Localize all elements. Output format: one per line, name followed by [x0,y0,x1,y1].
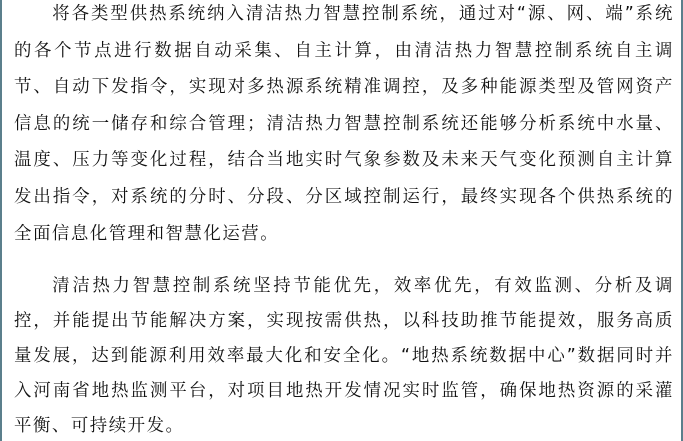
document-body: 将各类型供热系统纳入清洁热力智慧控制系统，通过对“源、网、端”系统的各个节点进行… [14,0,674,441]
paragraph-heating-control-overview: 将各类型供热系统纳入清洁热力智慧控制系统，通过对“源、网、端”系统的各个节点进行… [14,0,674,252]
paragraph-energy-efficiency: 清洁热力智慧控制系统坚持节能优先，效率优先，有效监测、分析及调控，并能提出节能解… [14,269,674,441]
document-frame: 将各类型供热系统纳入清洁热力智慧控制系统，通过对“源、网、端”系统的各个节点进行… [0,0,683,441]
